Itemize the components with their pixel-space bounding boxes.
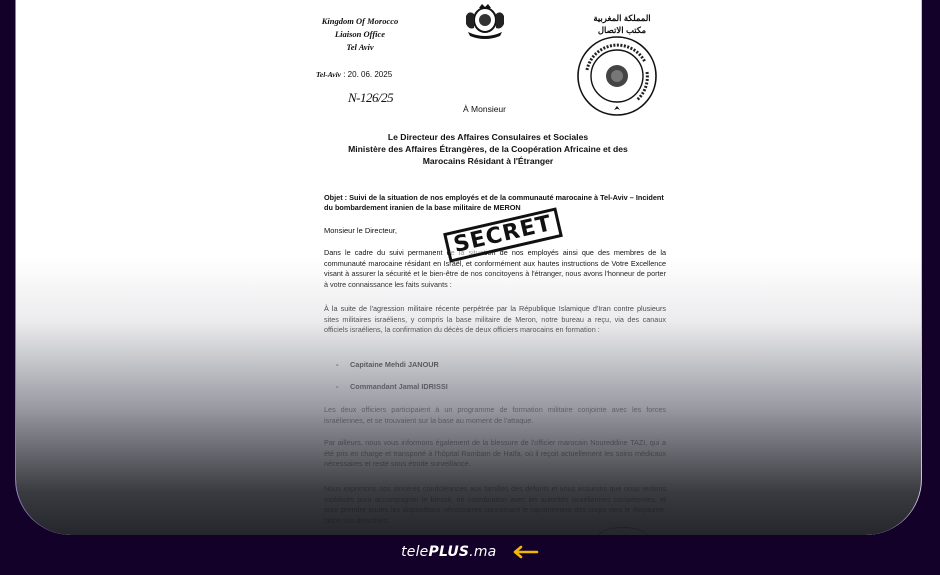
letterhead-line: Liaison Office [310, 28, 410, 41]
brand-logo[interactable]: telePLUS.ma [401, 544, 496, 560]
addressee: À Monsieur [463, 104, 506, 114]
recipient-block: Le Directeur des Affaires Consulaires et… [308, 132, 668, 167]
date-separator: : [341, 70, 348, 79]
letterhead-line: Tel Aviv [310, 41, 410, 54]
letterhead-line: Kingdom Of Morocco [310, 15, 410, 28]
list-item: -Commandant Jamal IDRISSI [336, 382, 448, 392]
recipient-line: Le Directeur des Affaires Consulaires et… [308, 132, 668, 144]
document-card: Kingdom Of Morocco Liaison Office Tel Av… [15, 0, 922, 535]
date-place: Tel-Aviv [316, 70, 341, 79]
paragraph: Nous exprimons nos sincères condoléances… [324, 484, 666, 526]
arrow-left-icon [511, 545, 539, 559]
subject-label: Objet : [324, 193, 347, 202]
letter-subject: Objet : Suivi de la situation de nos emp… [324, 193, 666, 213]
date-value: 20. 06. 2025 [348, 70, 392, 79]
brand-prefix: tele [401, 544, 428, 560]
footer-brand: telePLUS.ma [0, 543, 940, 567]
brand-suffix: .ma [469, 544, 496, 560]
recipient-line: Marocains Résidant à l'Étranger [308, 156, 668, 168]
official-seal-icon [575, 32, 659, 118]
list-item-text: Capitaine Mehdi JANOUR [350, 360, 439, 369]
reference-number: N-126/25 [348, 93, 393, 103]
paragraph: À la suite de l'agression militaire réce… [324, 304, 666, 336]
date-line: Tel-Aviv : 20. 06. 2025 [316, 70, 392, 80]
letter-document: Kingdom Of Morocco Liaison Office Tel Av… [308, 0, 668, 535]
salutation: Monsieur le Directeur, [324, 226, 397, 236]
paragraph: Par ailleurs, nous vous informons égalem… [324, 438, 666, 470]
list-item-text: Commandant Jamal IDRISSI [350, 382, 448, 391]
coat-of-arms-icon [460, 2, 510, 40]
brand-bold: PLUS [429, 544, 470, 560]
letterhead-left: Kingdom Of Morocco Liaison Office Tel Av… [310, 15, 410, 54]
list-marker: - [336, 360, 350, 370]
signature-seal-icon [598, 527, 648, 535]
recipient-line: Ministère des Affaires Étrangères, de la… [308, 144, 668, 156]
letterhead-arabic-line: المملكة المغربية [586, 12, 658, 24]
list-item: -Capitaine Mehdi JANOUR [336, 360, 439, 370]
list-marker: - [336, 382, 350, 392]
paragraph: Dans le cadre du suivi permanent de la s… [324, 248, 666, 290]
paragraph: Les deux officiers participaient à un pr… [324, 405, 666, 426]
subject-text: Suivi de la situation de nos employés et… [324, 193, 664, 212]
